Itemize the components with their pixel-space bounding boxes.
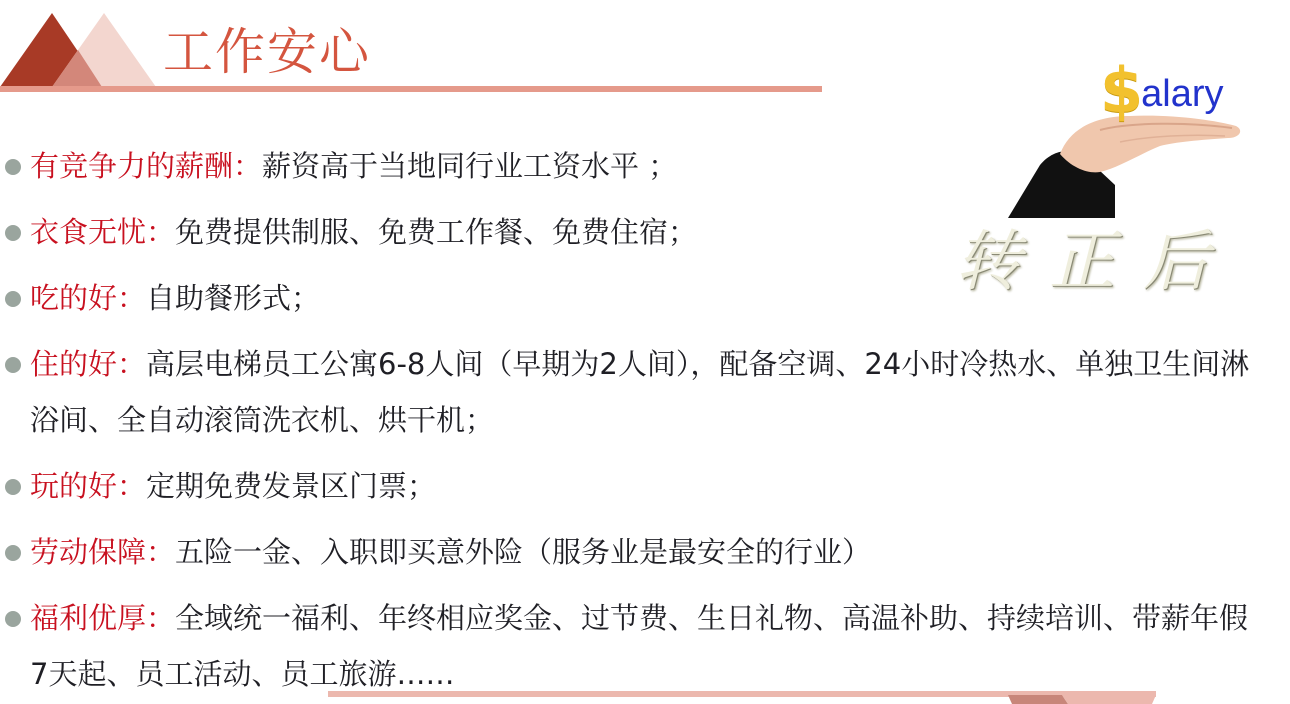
bullet-dot-icon [5, 159, 21, 175]
list-item: 住的好：高层电梯员工公寓6-8人间（早期为2人间），配备空调、24小时冷热水、单… [0, 336, 1260, 448]
list-item: 衣食无忧：免费提供制服、免费工作餐、免费住宿； [0, 204, 1260, 260]
bullet-label: 衣食无忧： [30, 215, 175, 249]
bullet-text: 免费提供制服、免费工作餐、免费住宿； [175, 215, 697, 249]
list-item: 玩的好：定期免费发景区门票； [0, 458, 1260, 514]
bullet-label: 住的好： [30, 347, 146, 381]
bullet-dot-icon [5, 611, 21, 627]
salary-logo: $ alary [1100, 52, 1224, 122]
bullet-text: 全域统一福利、年终相应奖金、过节费、生日礼物、高温补助、持续培训、带薪年假7天起… [30, 601, 1248, 691]
slide-title: 工作安心 [163, 22, 371, 82]
footer-decoration [990, 695, 1160, 704]
bullet-label: 有竞争力的薪酬： [30, 149, 262, 183]
list-item: 劳动保障：五险一金、入职即买意外险（服务业是最安全的行业） [0, 524, 1260, 580]
bullet-text: 自助餐形式； [146, 281, 320, 315]
list-item: 有竞争力的薪酬：薪资高于当地同行业工资水平 ； [0, 138, 1260, 194]
bullet-label: 玩的好： [30, 469, 146, 503]
title-triangles-decoration [0, 10, 170, 90]
bullet-label: 吃的好： [30, 281, 146, 315]
dollar-icon: $ [1100, 60, 1143, 122]
salary-word: alary [1141, 72, 1223, 116]
benefits-list: 有竞争力的薪酬：薪资高于当地同行业工资水平 ； 衣食无忧：免费提供制服、免费工作… [0, 138, 1260, 704]
bullet-label: 福利优厚： [30, 601, 175, 635]
bullet-text: 五险一金、入职即买意外险（服务业是最安全的行业） [175, 535, 871, 569]
list-item: 吃的好：自助餐形式； [0, 270, 1260, 326]
bullet-dot-icon [5, 545, 21, 561]
bullet-dot-icon [5, 357, 21, 373]
bullet-dot-icon [5, 225, 21, 241]
bullet-dot-icon [5, 291, 21, 307]
bullet-dot-icon [5, 479, 21, 495]
bullet-text: 定期免费发景区门票； [146, 469, 436, 503]
title-underline [0, 86, 822, 92]
bullet-text: 薪资高于当地同行业工资水平 ； [262, 149, 677, 183]
bullet-label: 劳动保障： [30, 535, 175, 569]
bullet-text: 高层电梯员工公寓6-8人间（早期为2人间），配备空调、24小时冷热水、单独卫生间… [30, 347, 1249, 437]
list-item: 福利优厚：全域统一福利、年终相应奖金、过节费、生日礼物、高温补助、持续培训、带薪… [0, 590, 1260, 702]
